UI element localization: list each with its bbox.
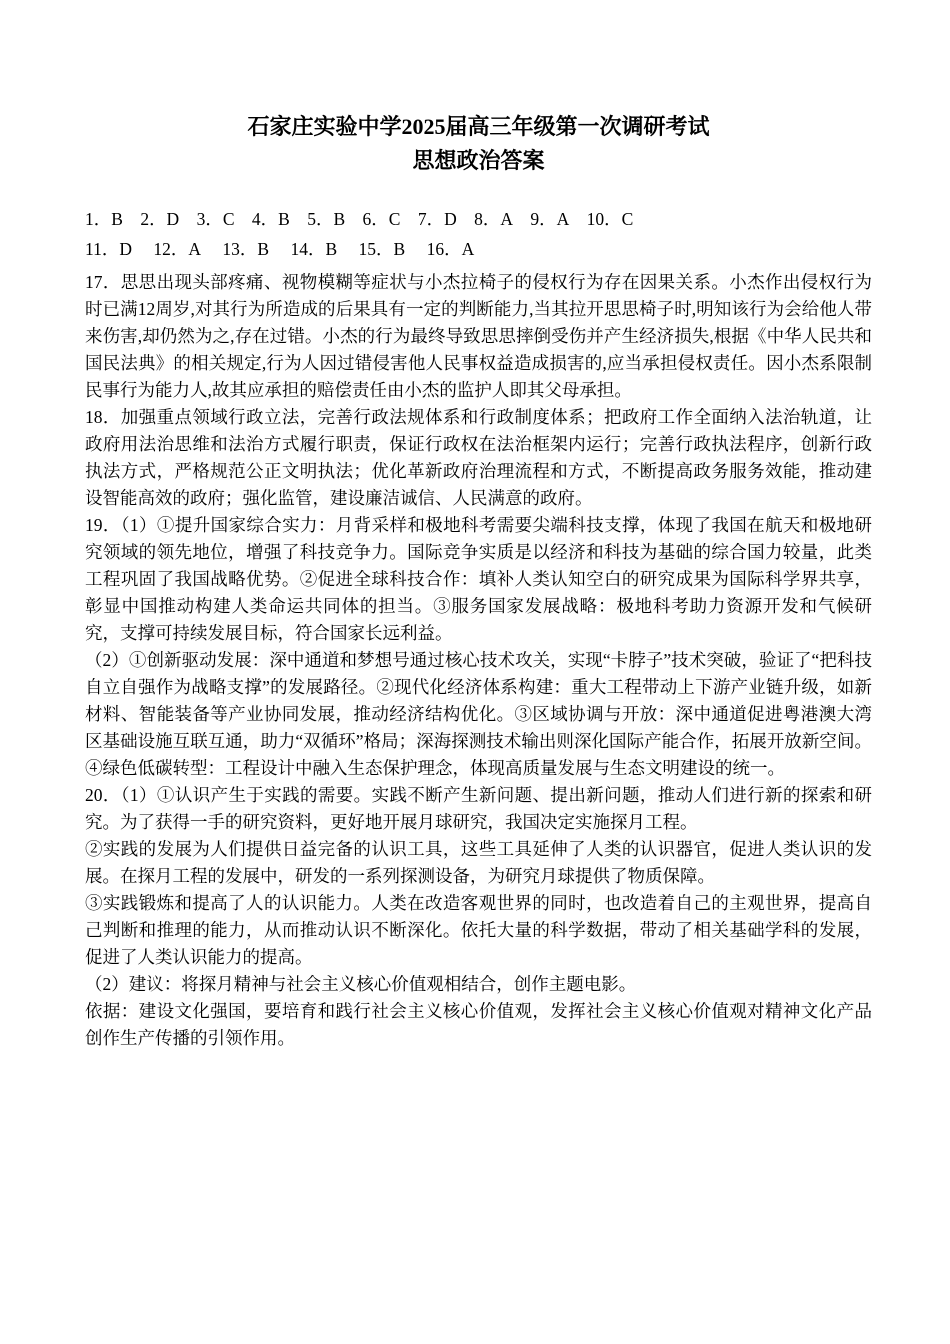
answer-sheet-page: 石家庄实验中学2025届高三年级第一次调研考试 思想政治答案 1．B 2．D 3…	[0, 0, 950, 1344]
answer-item: 1．B	[85, 209, 123, 229]
answer-key-row-2: 11．D 12．A 13．B 14．B 15．B 16．A	[85, 234, 872, 264]
answer-item: 4．B	[252, 209, 290, 229]
multiple-choice-answer-key: 1．B 2．D 3．C 4．B 5．B 6．C 7．D 8．A 9．A 10．C…	[85, 204, 872, 264]
answer-item: 13．B	[222, 239, 269, 259]
q20-answer-part1-point3: ③实践锻炼和提高了人的认识能力。人类在改造客观世界的同时，也改造着自己的主观世界…	[85, 890, 872, 971]
answer-item: 16．A	[427, 239, 475, 259]
answer-item: 7．D	[418, 209, 457, 229]
answer-item: 3．C	[197, 209, 235, 229]
answer-item: 9．A	[530, 209, 569, 229]
answer-item: 10．C	[587, 209, 634, 229]
exam-title: 石家庄实验中学2025届高三年级第一次调研考试	[85, 110, 872, 144]
document-content: 石家庄实验中学2025届高三年级第一次调研考试 思想政治答案 1．B 2．D 3…	[0, 0, 950, 1052]
q19-answer-part2: （2）①创新驱动发展：深中通道和梦想号通过核心技术攻关，实现“卡脖子”技术突破，…	[85, 647, 872, 782]
subject-answers-title: 思想政治答案	[85, 144, 872, 178]
q18-answer: 18．加强重点领域行政立法，完善行政法规体系和行政制度体系；把政府工作全面纳入法…	[85, 404, 872, 512]
q19-answer-part1: 19．（1）①提升国家综合实力：月背采样和极地科考需要尖端科技支撑，体现了我国在…	[85, 512, 872, 647]
answer-item: 12．A	[153, 239, 201, 259]
answer-item: 2．D	[140, 209, 179, 229]
free-response-answers: 17．思思出现头部疼痛、视物模糊等症状与小杰拉椅子的侵权行为存在因果关系。小杰作…	[85, 269, 872, 1052]
q20-answer-part1-point2: ②实践的发展为人们提供日益完备的认识工具，这些工具延伸了人类的认识器官，促进人类…	[85, 836, 872, 890]
answer-item: 15．B	[359, 239, 406, 259]
q20-answer-part2-basis: 依据：建设文化强国，要培育和践行社会主义核心价值观，发挥社会主义核心价值观对精神…	[85, 998, 872, 1052]
answer-item: 6．C	[363, 209, 401, 229]
answer-item: 11．D	[85, 239, 132, 259]
q20-answer-part1-point1: 20．（1）①认识产生于实践的需要。实践不断产生新问题、提出新问题，推动人们进行…	[85, 782, 872, 836]
answer-key-row-1: 1．B 2．D 3．C 4．B 5．B 6．C 7．D 8．A 9．A 10．C	[85, 204, 872, 234]
answer-item: 8．A	[474, 209, 513, 229]
answer-item: 14．B	[290, 239, 337, 259]
q20-answer-part2-suggestion: （2）建议：将探月精神与社会主义核心价值观相结合，创作主题电影。	[85, 971, 872, 998]
answer-item: 5．B	[307, 209, 345, 229]
q17-answer: 17．思思出现头部疼痛、视物模糊等症状与小杰拉椅子的侵权行为存在因果关系。小杰作…	[85, 269, 872, 404]
